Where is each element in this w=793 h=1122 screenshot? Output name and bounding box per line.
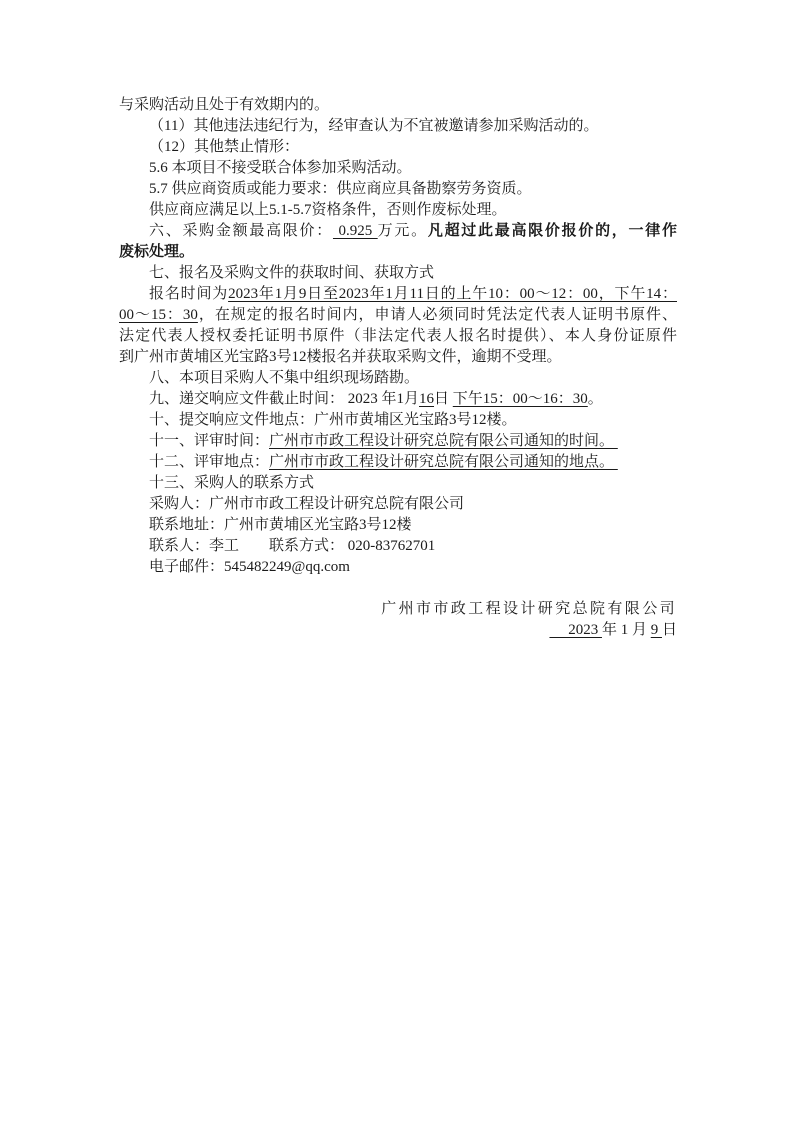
text-run: （11）其他违法违纪行为，经审查认为不宜被邀请参加采购活动的。: [149, 118, 598, 134]
text-run: 联系人：李工 联系方式： 020-83762701: [149, 538, 435, 554]
text-run: 00～15：30: [119, 307, 198, 323]
text-run: 。: [588, 391, 603, 407]
text-run: 广州市市政工程设计研究总院有限公司通知的时间。: [269, 433, 618, 449]
text-run: ，在规定的报名时间内，申请人必须同时凭法定代表人证明书原件、: [198, 307, 677, 323]
section-6-max-price: 六、采购金额最高限价： 0.925 万元。凡超过此最高限价报价的，一律作: [119, 221, 677, 242]
item-12-other-prohibitions: （12）其他禁止情形：: [119, 137, 677, 158]
signature-company: 广州市市政工程设计研究总院有限公司: [119, 599, 677, 620]
text-run: 供应商应满足以上5.1-5.7资格条件，否则作废标处理。: [149, 202, 507, 218]
text-run: 广州市市政工程设计研究总院有限公司: [381, 601, 677, 617]
section-13-contact-heading: 十三、采购人的联系方式: [119, 473, 677, 494]
contact-email: 电子邮件：545482249@qq.com: [119, 557, 677, 578]
continuation-line-validity: 与采购活动且处于有效期内的。: [119, 95, 677, 116]
text-run: 八、本项目采购人不集中组织现场踏勘。: [149, 370, 419, 386]
section-10-submission-location: 十、提交响应文件地点：广州市黄埔区光宝路3号12楼。: [119, 410, 677, 431]
blank-line: [119, 578, 677, 599]
section-9-submission-deadline: 九、递交响应文件截止时间： 2023 年1月16日 下午15：00～16：30。: [119, 389, 677, 410]
registration-time-line-1: 报名时间为2023年1月9日至2023年1月11日的上午10：00～12：00，…: [119, 284, 677, 305]
text-run: 2023年1月9日至2023年1月11日的上午10：00～12：00，下午14：: [228, 286, 677, 302]
text-run: 六、采购金额最高限价：: [149, 223, 333, 239]
text-run: 日: [662, 622, 677, 638]
text-run: 日: [434, 391, 453, 407]
text-run: 七、报名及采购文件的获取时间、获取方式: [149, 265, 434, 281]
text-run: （12）其他禁止情形：: [149, 139, 299, 155]
text-run: 16: [419, 391, 434, 407]
section-11-review-time: 十一、评审时间：广州市市政工程设计研究总院有限公司通知的时间。: [119, 431, 677, 452]
item-11-other-violations: （11）其他违法违纪行为，经审查认为不宜被邀请参加采购活动的。: [119, 116, 677, 137]
clause-qualification-requirement: 供应商应满足以上5.1-5.7资格条件，否则作废标处理。: [119, 200, 677, 221]
text-run: 十、提交响应文件地点：广州市黄埔区光宝路3号12楼。: [149, 412, 517, 428]
text-run: 与采购活动且处于有效期内的。: [119, 97, 329, 113]
text-run: 十二、评审地点：: [149, 454, 269, 470]
signature-date: 2023 年 1 月 9 日: [119, 620, 677, 641]
document-page: 与采购活动且处于有效期内的。（11）其他违法违纪行为，经审查认为不宜被邀请参加采…: [0, 0, 793, 1122]
text-run: 九、递交响应文件截止时间： 2023 年1月: [149, 391, 419, 407]
purchaser-name: 采购人：广州市市政工程设计研究总院有限公司: [119, 494, 677, 515]
contact-person-phone: 联系人：李工 联系方式： 020-83762701: [119, 536, 677, 557]
text-run: 9: [651, 622, 662, 638]
text-run: 年 1 月: [602, 622, 651, 638]
section-6-max-price-cont: 废标处理。: [119, 242, 677, 263]
registration-time-line-3: 法定代表人授权委托证明书原件（非法定代表人报名时提供）、本人身份证原件: [119, 326, 677, 347]
text-run: 采购人：广州市市政工程设计研究总院有限公司: [149, 496, 464, 512]
section-8-site-survey: 八、本项目采购人不集中组织现场踏勘。: [119, 368, 677, 389]
section-12-review-location: 十二、评审地点：广州市市政工程设计研究总院有限公司通知的地点。: [119, 452, 677, 473]
text-run: 5.7 供应商资质或能力要求：供应商应具备勘察劳务资质。: [149, 181, 532, 197]
text-run: 5.6 本项目不接受联合体参加采购活动。: [149, 160, 412, 176]
text-run: 十三、采购人的联系方式: [149, 475, 314, 491]
text-run: 0.925: [333, 223, 378, 239]
text-run: 广州市市政工程设计研究总院有限公司通知的地点。: [269, 454, 618, 470]
clause-5-7-qualification: 5.7 供应商资质或能力要求：供应商应具备勘察劳务资质。: [119, 179, 677, 200]
text-run: 电子邮件：545482249@qq.com: [149, 559, 350, 575]
section-7-registration-heading: 七、报名及采购文件的获取时间、获取方式: [119, 263, 677, 284]
clause-5-6-no-consortium: 5.6 本项目不接受联合体参加采购活动。: [119, 158, 677, 179]
registration-time-line-4: 到广州市黄埔区光宝路3号12楼报名并获取采购文件，逾期不受理。: [119, 347, 677, 368]
document-content: 与采购活动且处于有效期内的。（11）其他违法违纪行为，经审查认为不宜被邀请参加采…: [119, 95, 677, 641]
text-run: 到广州市黄埔区光宝路3号12楼报名并获取采购文件，逾期不受理。: [119, 349, 562, 365]
registration-time-line-2: 00～15：30，在规定的报名时间内，申请人必须同时凭法定代表人证明书原件、: [119, 305, 677, 326]
text-run: 废标处理。: [119, 244, 194, 260]
text-run: 法定代表人授权委托证明书原件（非法定代表人报名时提供）、本人身份证原件: [119, 328, 677, 344]
text-run: 下午15：00～16：30: [453, 391, 588, 407]
contact-address: 联系地址：广州市黄埔区光宝路3号12楼: [119, 515, 677, 536]
text-run: 万元。: [378, 223, 428, 239]
text-run: 凡超过此最高限价报价的，一律作: [428, 223, 677, 239]
text-run: 联系地址：广州市黄埔区光宝路3号12楼: [149, 517, 412, 533]
text-run: 报名时间为: [149, 286, 228, 302]
text-run: 十一、评审时间：: [149, 433, 269, 449]
text-run: 2023: [549, 622, 602, 638]
